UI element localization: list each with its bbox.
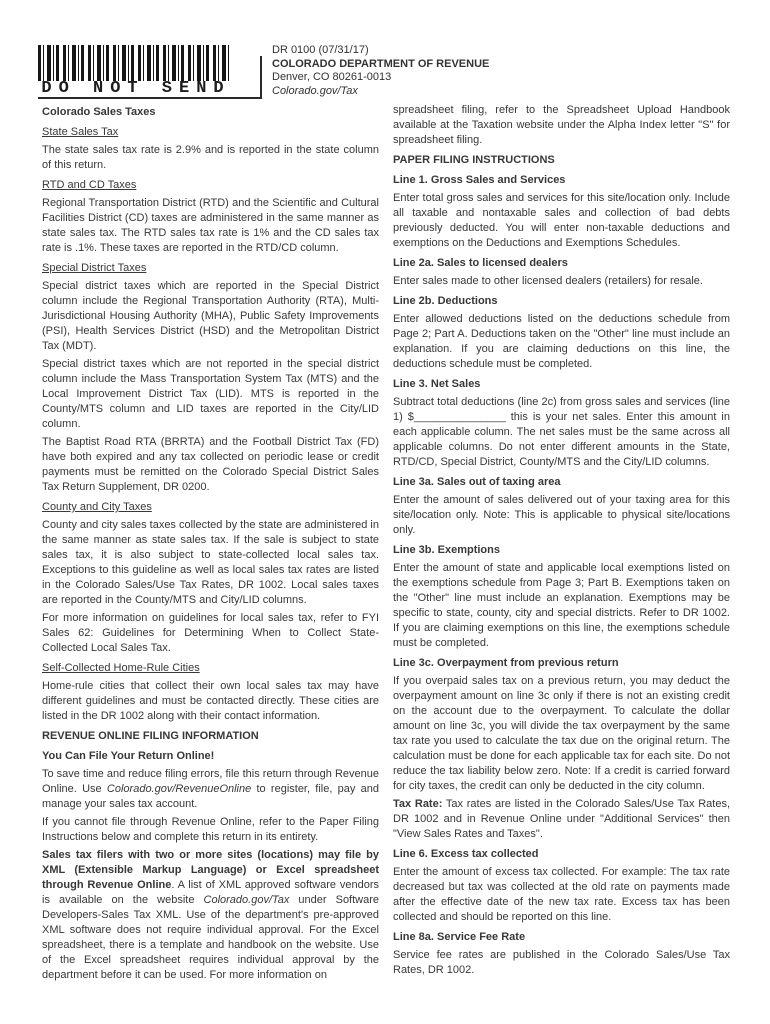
paragraph: Service fee rates are published in the C… xyxy=(393,948,730,978)
agency-block: DR 0100 (07/31/17) COLORADO DEPARTMENT O… xyxy=(272,44,489,98)
paragraph: Home-rule cities that collect their own … xyxy=(42,679,379,724)
subsection-heading: State Sales Tax xyxy=(42,125,379,140)
section-heading: Line 2a. Sales to licensed dealers xyxy=(393,256,730,271)
two-column-body: Colorado Sales TaxesState Sales TaxThe s… xyxy=(42,100,730,986)
section-heading: Line 6. Excess tax collected xyxy=(393,847,730,862)
paragraph: Enter the amount of excess tax collected… xyxy=(393,865,730,925)
section-heading: Line 3a. Sales out of taxing area xyxy=(393,475,730,490)
paragraph: Regional Transportation District (RTD) a… xyxy=(42,196,379,256)
left-column: Colorado Sales TaxesState Sales TaxThe s… xyxy=(42,100,379,986)
paragraph: Enter the amount of state and applicable… xyxy=(393,561,730,651)
section-heading: Line 3c. Overpayment from previous retur… xyxy=(393,656,730,671)
paragraph: Special district taxes which are not rep… xyxy=(42,357,379,432)
do-not-send-label: DO NOT SEND xyxy=(36,79,236,98)
subsection-heading: Special District Taxes xyxy=(42,261,379,276)
paragraph: Enter total gross sales and services for… xyxy=(393,191,730,251)
document-page: DO NOT SEND DR 0100 (07/31/17) COLORADO … xyxy=(0,0,770,1024)
section-heading: Line 1. Gross Sales and Services xyxy=(393,173,730,188)
page-header: DO NOT SEND DR 0100 (07/31/17) COLORADO … xyxy=(0,0,770,100)
agency-name: COLORADO DEPARTMENT OF REVENUE xyxy=(272,58,489,72)
section-heading: You Can File Your Return Online! xyxy=(42,749,379,764)
paragraph: For more information on guidelines for l… xyxy=(42,611,379,656)
section-heading: Colorado Sales Taxes xyxy=(42,105,379,120)
paragraph: Enter sales made to other licensed deale… xyxy=(393,274,730,289)
paragraph: The state sales tax rate is 2.9% and is … xyxy=(42,143,379,173)
section-heading: Line 3b. Exemptions xyxy=(393,543,730,558)
paragraph: Sales tax filers with two or more sites … xyxy=(42,848,379,983)
subsection-heading: RTD and CD Taxes xyxy=(42,178,379,193)
paragraph: Enter allowed deductions listed on the d… xyxy=(393,312,730,372)
paragraph: If you cannot file through Revenue Onlin… xyxy=(42,815,379,845)
agency-address: Denver, CO 80261-0013 xyxy=(272,71,489,85)
agency-website: Colorado.gov/Tax xyxy=(272,85,489,99)
section-heading: Line 8a. Service Fee Rate xyxy=(393,930,730,945)
paragraph: If you overpaid sales tax on a previous … xyxy=(393,674,730,794)
paragraph: County and city sales taxes collected by… xyxy=(42,518,379,608)
paragraph: Tax Rate: Tax rates are listed in the Co… xyxy=(393,797,730,842)
paragraph: Subtract total deductions (line 2c) from… xyxy=(393,395,730,470)
paragraph: The Baptist Road RTA (BRRTA) and the Foo… xyxy=(42,435,379,495)
paragraph: spreadsheet filing, refer to the Spreads… xyxy=(393,103,730,148)
section-heading: PAPER FILING INSTRUCTIONS xyxy=(393,153,730,168)
paragraph: To save time and reduce filing errors, f… xyxy=(42,767,379,812)
section-heading: REVENUE ONLINE FILING INFORMATION xyxy=(42,729,379,744)
section-heading: Line 3. Net Sales xyxy=(393,377,730,392)
paragraph: Special district taxes which are reporte… xyxy=(42,279,379,354)
section-heading: Line 2b. Deductions xyxy=(393,294,730,309)
barcode xyxy=(38,45,230,81)
subsection-heading: Self-Collected Home-Rule Cities xyxy=(42,661,379,676)
form-number: DR 0100 (07/31/17) xyxy=(272,44,489,58)
paragraph: Enter the amount of sales delivered out … xyxy=(393,493,730,538)
right-column: spreadsheet filing, refer to the Spreads… xyxy=(393,100,730,981)
subsection-heading: County and City Taxes xyxy=(42,500,379,515)
